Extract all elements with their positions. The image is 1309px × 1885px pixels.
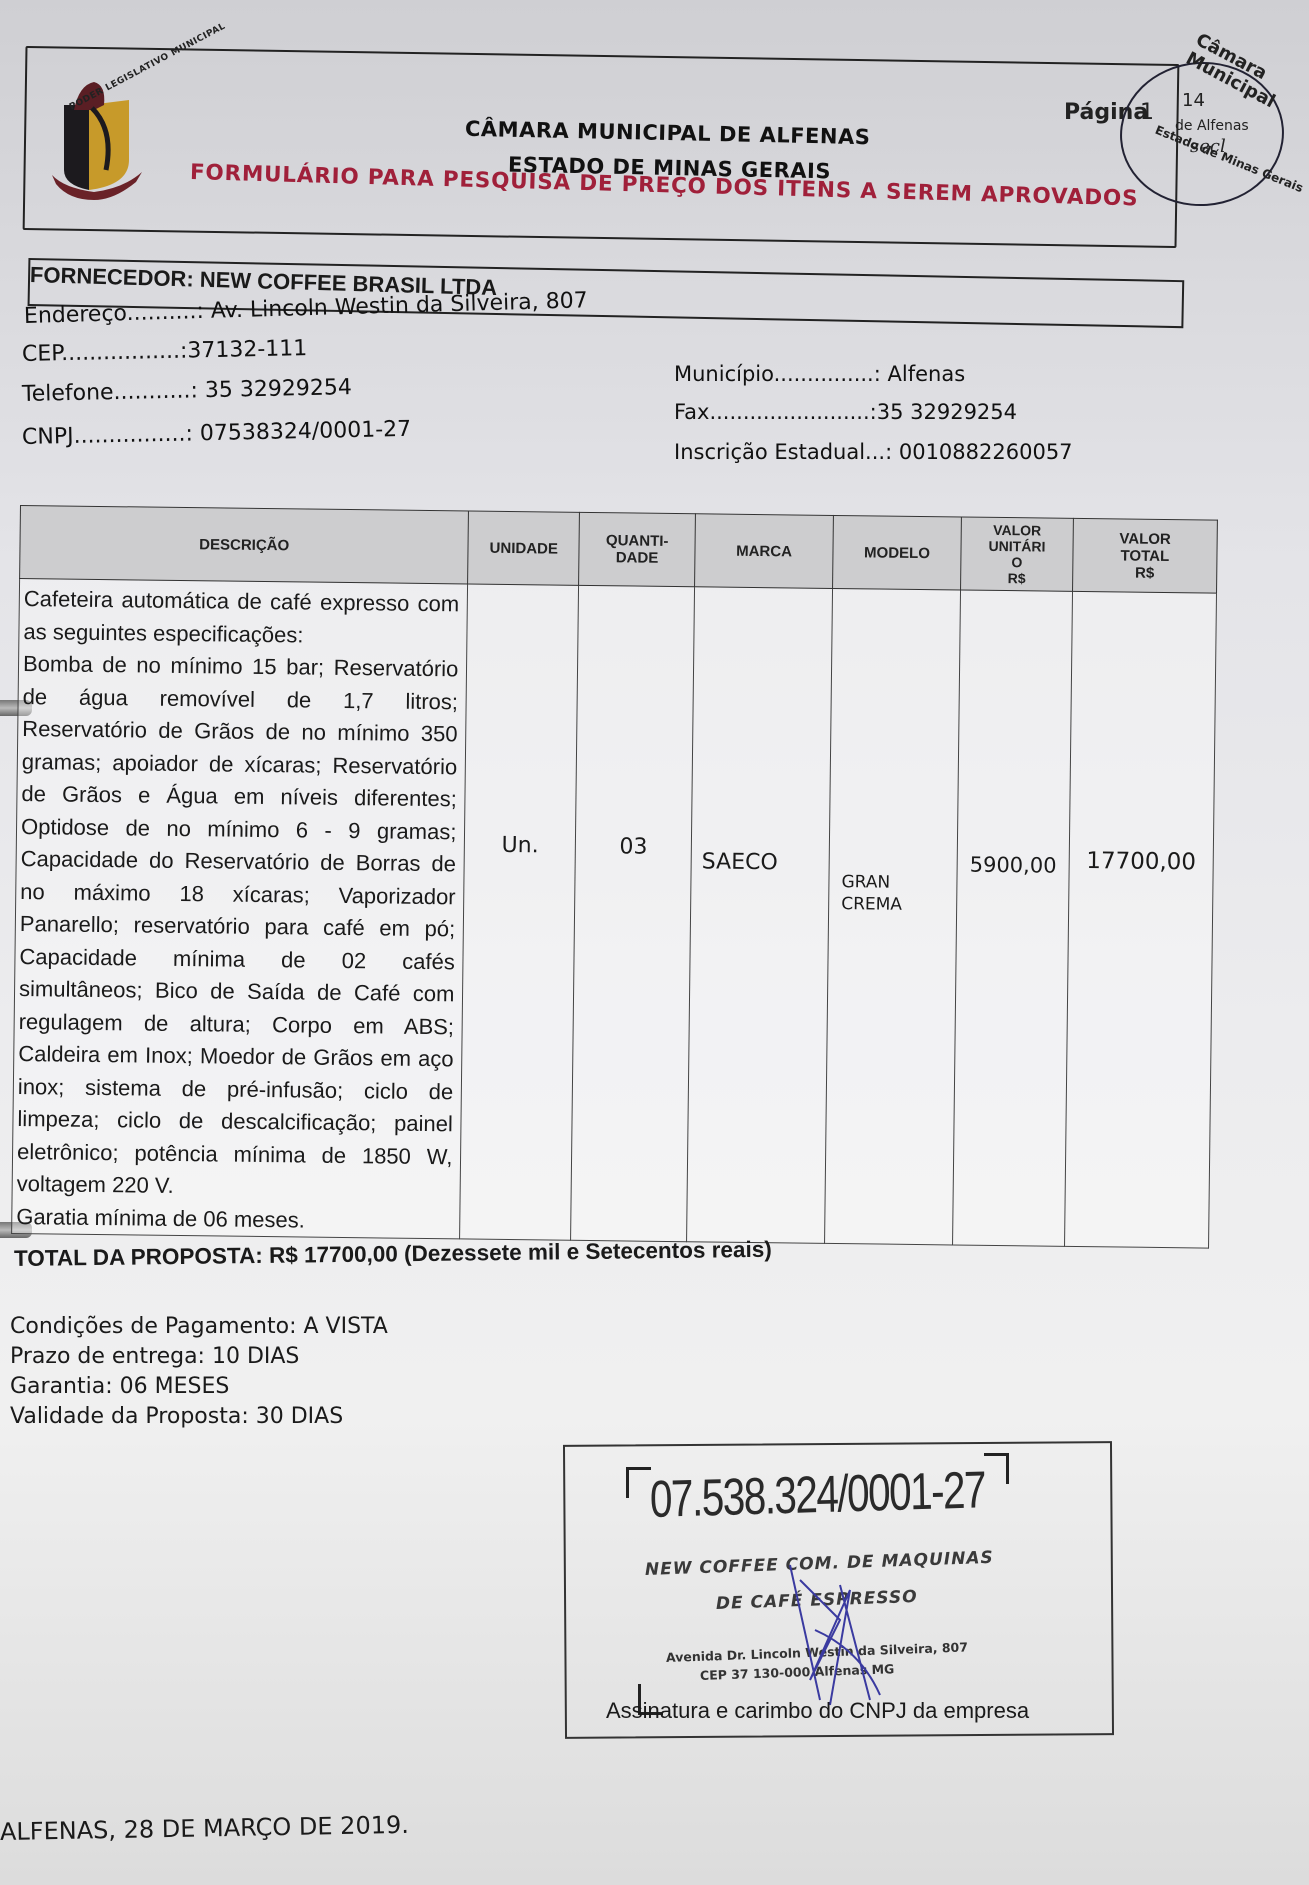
cep-label: CEP.................: [22,339,188,367]
item-model: GRAN CREMA [825,588,961,1245]
proposal-total: TOTAL DA PROPOSTA: R$ 17700,00 (Dezesset… [14,1237,772,1272]
cep-field: CEP.................:37132-111 [22,336,308,367]
fax-field: Fax........................:35 32929254 [674,400,1017,424]
phone-value: 35 32929254 [205,375,352,403]
state-registration-field: Inscrição Estadual...: 0010882260057 [674,440,1073,464]
address-label: Endereço..........: [24,299,205,329]
table-row: Cafeteira automática de café expresso co… [12,579,1217,1249]
state-registration-label: Inscrição Estadual...: [674,440,892,464]
col-modelo: MODELO [833,515,962,590]
municipality-field: Município...............: Alfenas [674,362,965,386]
cep-value: 37132-111 [187,336,307,364]
item-brand: SAECO [687,587,833,1244]
payment-conditions: Condições de Pagamento: A VISTA [10,1314,388,1339]
col-valor-unitario: VALOR UNITÁRI O R$ [961,517,1074,591]
cnpj-label: CNPJ................: [22,421,193,450]
proposal-validity: Validade da Proposta: 30 DIAS [10,1404,343,1429]
item-description: Cafeteira automática de café expresso co… [12,579,468,1239]
col-marca: MARCA [695,514,834,589]
items-table: DESCRIÇÃO UNIDADE QUANTI- DADE MARCA MOD… [11,505,1218,1249]
document-date: ALFENAS, 28 DE MARÇO DE 2019. [0,1811,409,1846]
coat-of-arms-icon [44,60,154,200]
fax-value: 35 32929254 [877,400,1017,424]
seal-number: 14 [1182,90,1205,111]
phone-label: Telefone...........: [22,378,198,407]
col-valor-total: VALOR TOTAL R$ [1072,518,1217,593]
warranty: Garantia: 06 MESES [10,1374,229,1399]
col-descricao: DESCRIÇÃO [20,506,469,584]
fax-label: Fax........................: [674,400,877,424]
municipality-label: Município...............: [674,362,881,386]
state-registration-value: 0010882260057 [899,440,1073,464]
seal-city: de Alfenas [1175,118,1249,134]
cnpj-field: CNPJ................: 07538324/0001-27 [22,417,412,450]
item-unit: Un. [460,584,579,1240]
stamp-bracket [626,1467,651,1498]
document-page: PODER LEGISLATIVO MUNICIPAL CÂMARA MUNIC… [0,0,1309,1885]
col-quantidade: QUANTI- DADE [579,512,696,586]
municipality-value: Alfenas [888,362,966,386]
header-banner [23,46,1180,248]
item-unit-price: 5900,00 [953,590,1073,1246]
delivery-time: Prazo de entrega: 10 DIAS [10,1344,299,1369]
handwritten-signature-icon [780,1560,900,1710]
phone-field: Telefone...........: 35 32929254 [22,375,352,407]
stamp-bracket [984,1453,1009,1484]
stamp-cnpj: 07.538.324/0001-27 [649,1460,985,1530]
col-unidade: UNIDADE [468,511,580,585]
item-quantity: 03 [571,585,695,1241]
item-total-price: 17700,00 [1064,591,1216,1248]
cnpj-value: 07538324/0001-27 [200,417,412,446]
stamp-caption: Assinatura e carimbo do CNPJ da empresa [606,1698,1029,1724]
